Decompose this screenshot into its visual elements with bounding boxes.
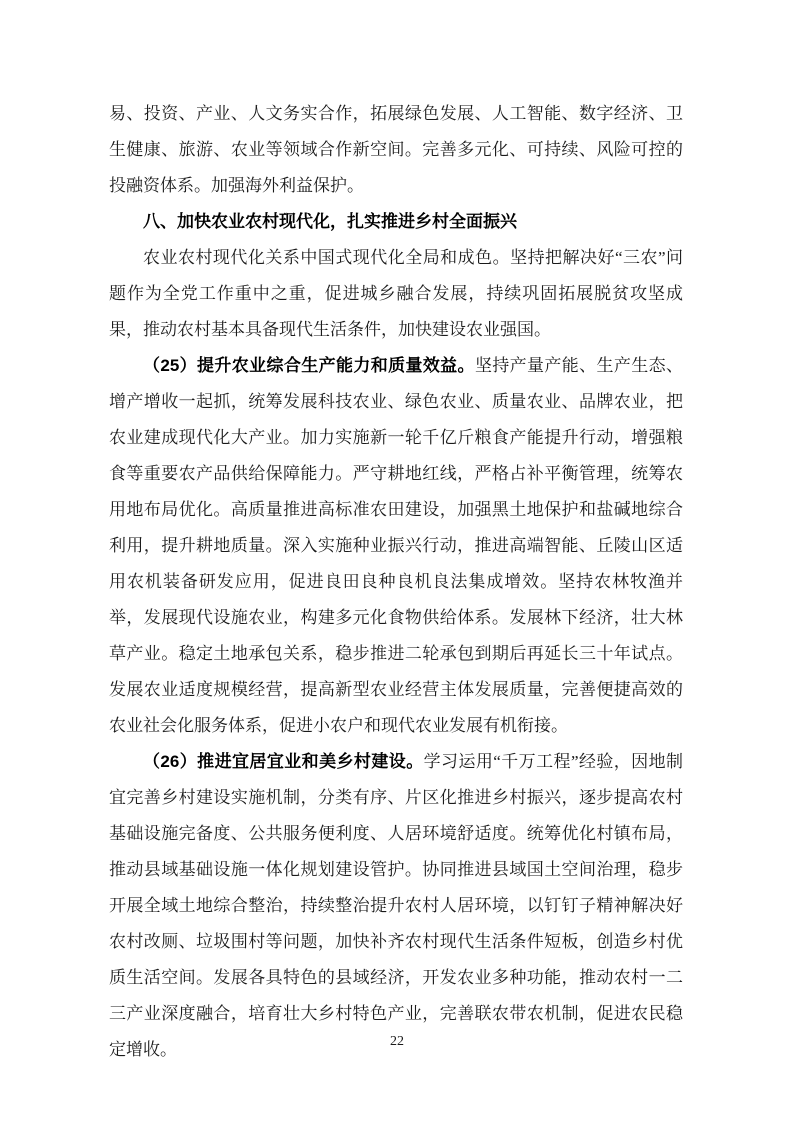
document-body: 易、投资、产业、人文务实合作，拓展绿色发展、人工智能、数字经济、卫生健康、旅游、… (109, 96, 683, 1068)
continuation-paragraph: 易、投资、产业、人文务实合作，拓展绿色发展、人工智能、数字经济、卫生健康、旅游、… (109, 96, 683, 204)
item-25-body: 坚持产量产能、生产生态、增产增收一起抓，统筹发展科技农业、绿色农业、质量农业、品… (109, 356, 683, 735)
intro-paragraph: 农业农村现代化关系中国式现代化全局和成色。坚持把解决好“三农”问题作为全党工作重… (109, 240, 683, 348)
document-page: 易、投资、产业、人文务实合作，拓展绿色发展、人工智能、数字经济、卫生健康、旅游、… (0, 0, 794, 1123)
item-26-paragraph: （26）推进宜居宜业和美乡村建设。学习运用“千万工程”经验，因地制宜完善乡村建设… (109, 744, 683, 1068)
section-heading: 八、加快农业农村现代化，扎实推进乡村全面振兴 (109, 204, 683, 240)
item-25-lead: （25）提升农业综合生产能力和质量效益。 (143, 356, 475, 375)
item-26-body: 学习运用“千万工程”经验，因地制宜完善乡村建设实施机制，分类有序、片区化推进乡村… (109, 752, 683, 1059)
item-26-lead: （26）推进宜居宜业和美乡村建设。 (143, 752, 424, 771)
item-25-paragraph: （25）提升农业综合生产能力和质量效益。坚持产量产能、生产生态、增产增收一起抓，… (109, 348, 683, 744)
page-number: 22 (0, 1034, 794, 1050)
